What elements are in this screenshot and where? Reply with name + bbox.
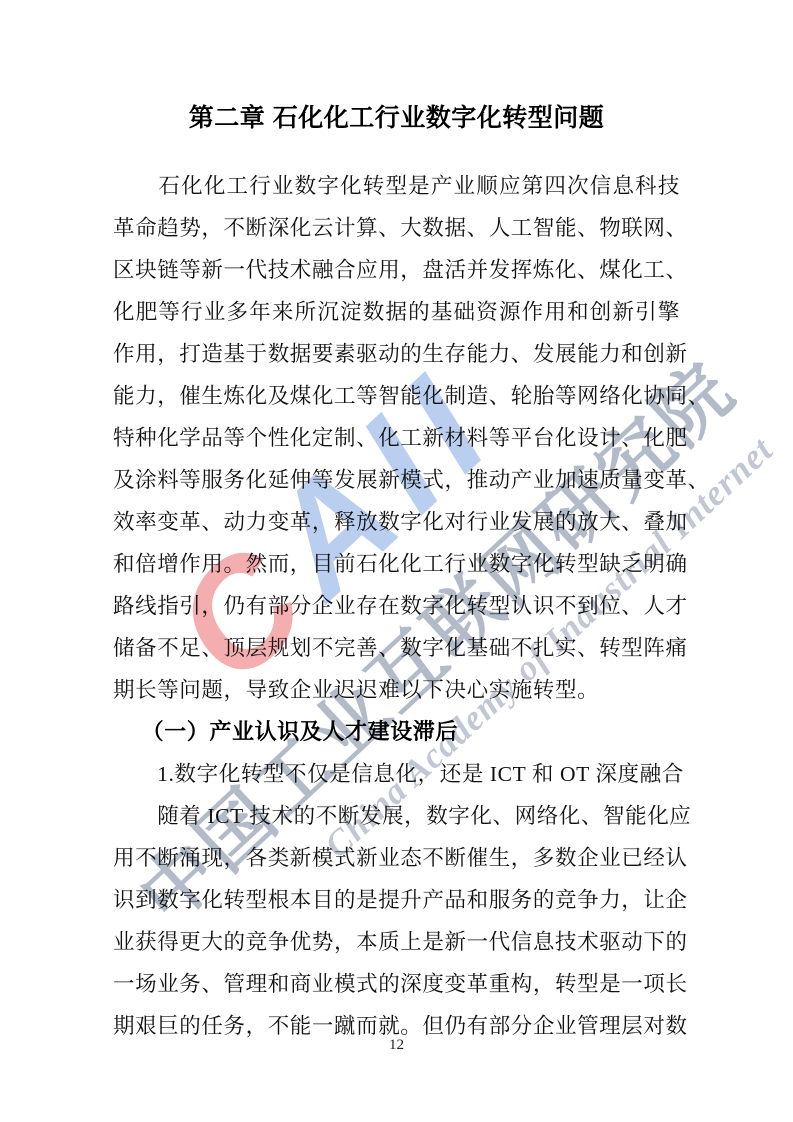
paragraph-1: 石化化工行业数字化转型是产业顺应第四次信息科技革命趋势，不断深化云计算、大数据、… [113,165,680,711]
body-line: 效率变革、动力变革，释放数字化对行业发展的放大、叠加 [113,501,680,543]
sub-heading: 1.数字化转型不仅是信息化，还是 ICT 和 OT 深度融合 [113,753,680,795]
body-line: 识到数字化转型根本目的是提升产品和服务的竞争力，让企 [113,879,680,921]
body-line: 随着 ICT 技术的不断发展，数字化、网络化、智能化应 [113,795,680,837]
paragraph-2: 随着 ICT 技术的不断发展，数字化、网络化、智能化应用不断涌现，各类新模式新业… [113,795,680,1047]
section-heading: （一）产业认识及人才建设滞后 [113,711,680,753]
body-line: 革命趋势，不断深化云计算、大数据、人工智能、物联网、 [113,207,680,249]
body-line: 一场业务、管理和商业模式的深度变革重构，转型是一项长 [113,963,680,1005]
document-content: 第二章 石化化工行业数字化转型问题 石化化工行业数字化转型是产业顺应第四次信息科… [113,98,680,1047]
body-line: 期长等问题，导致企业迟迟难以下决心实施转型。 [113,669,680,711]
body-line: 能力，催生炼化及煤化工等智能化制造、轮胎等网络化协同、 [113,375,680,417]
body-line: 业获得更大的竞争优势，本质上是新一代信息技术驱动下的 [113,921,680,963]
page-number: 12 [0,1034,793,1056]
body-line: 区块链等新一代技术融合应用，盘活并发挥炼化、煤化工、 [113,249,680,291]
body-line: 作用，打造基于数据要素驱动的生存能力、发展能力和创新 [113,333,680,375]
body-line: 化肥等行业多年来所沉淀数据的基础资源作用和创新引擎 [113,291,680,333]
body-line: 储备不足、顶层规划不完善、数字化基础不扎实、转型阵痛 [113,627,680,669]
body-line: 及涂料等服务化延伸等发展新模式，推动产业加速质量变革、 [113,459,680,501]
body-line: 路线指引，仍有部分企业存在数字化转型认识不到位、人才 [113,585,680,627]
document-page: CAII 中国工业互联网研究院 China Academy of Industr… [0,0,793,1122]
body-line: 用不断涌现，各类新模式新业态不断催生，多数企业已经认 [113,837,680,879]
body-line: 和倍增作用。然而，目前石化化工行业数字化转型缺乏明确 [113,543,680,585]
body-line: 石化化工行业数字化转型是产业顺应第四次信息科技 [113,165,680,207]
chapter-title: 第二章 石化化工行业数字化转型问题 [113,98,680,138]
body-line: 特种化学品等个性化定制、化工新材料等平台化设计、化肥 [113,417,680,459]
